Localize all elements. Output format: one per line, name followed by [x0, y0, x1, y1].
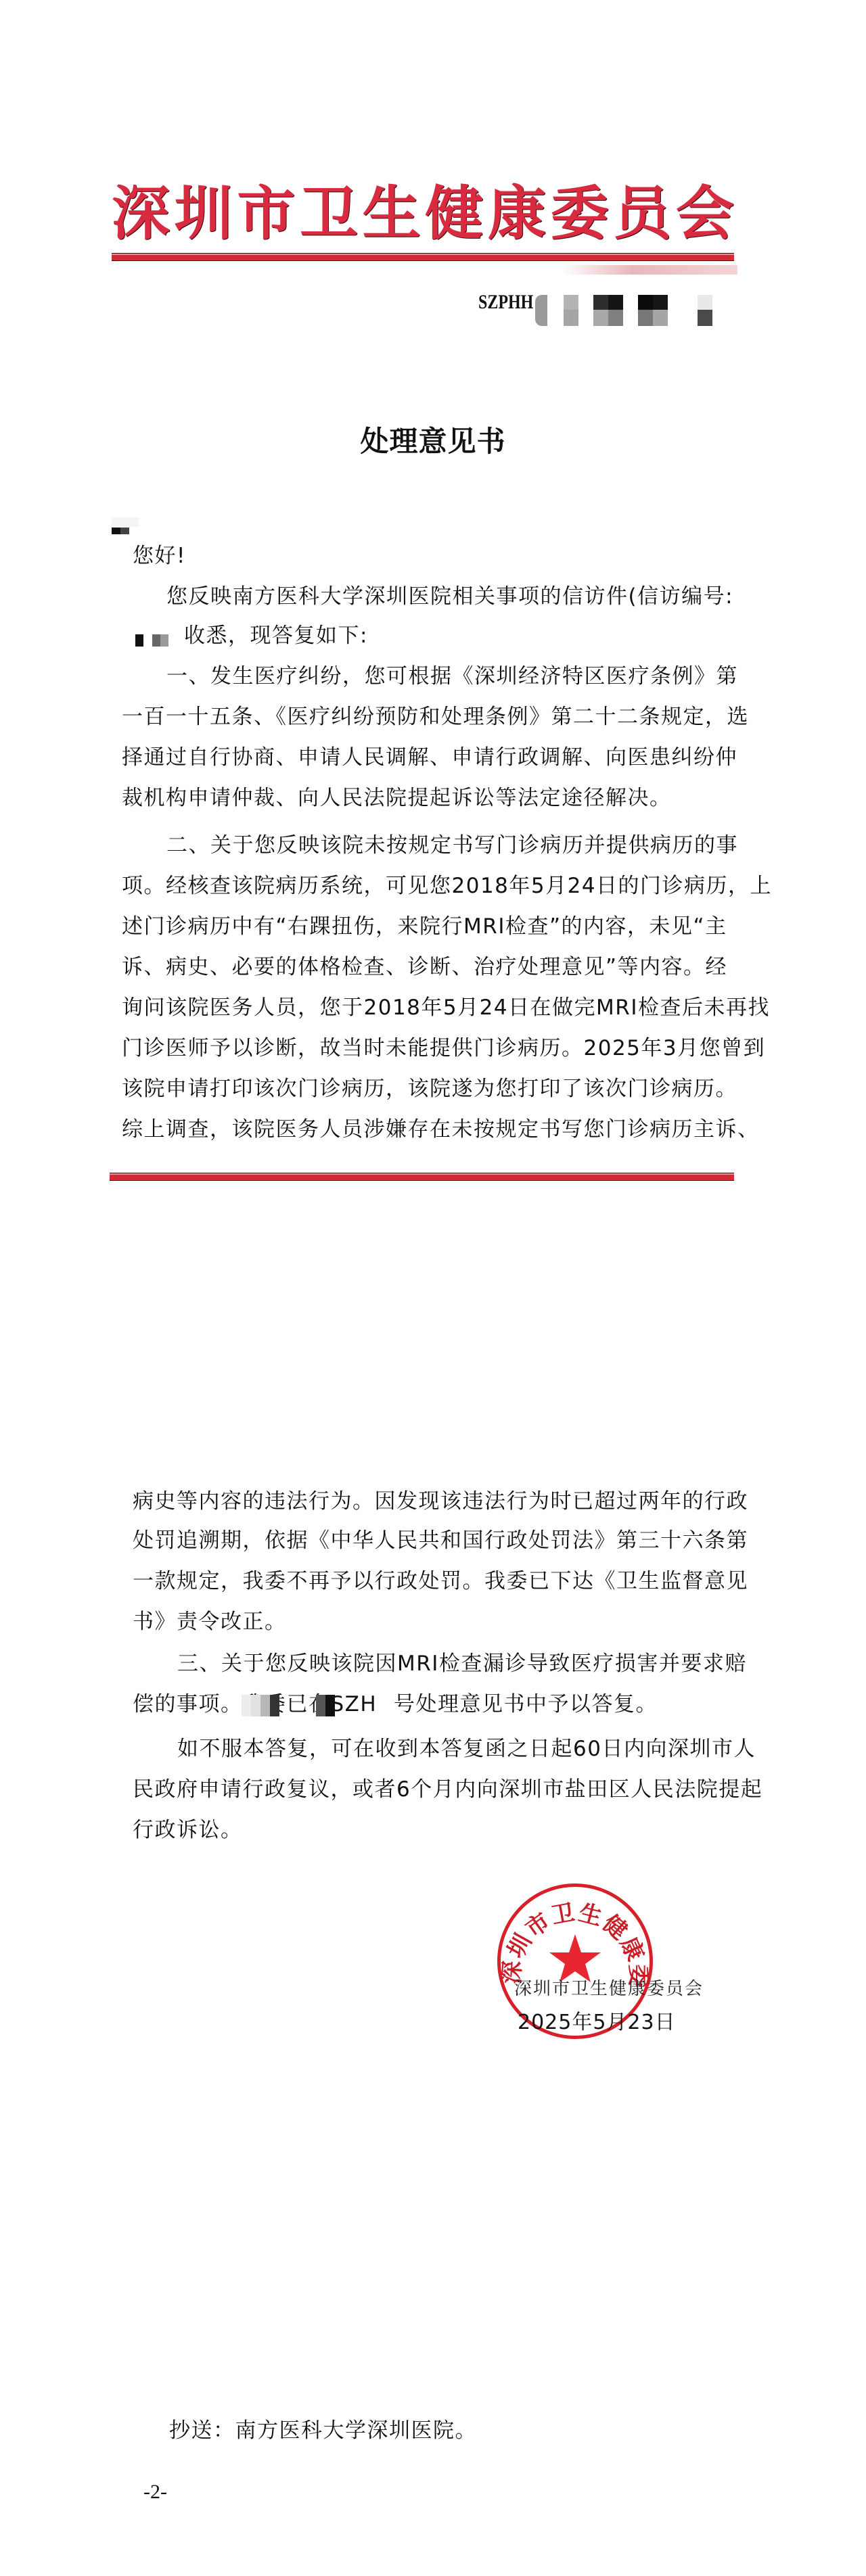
cc-recipient: 抄送：南方医科大学深圳医院。 [169, 2413, 477, 2443]
letterhead-red-rule [112, 253, 734, 261]
body-line: 民政府申请行政复议，或者6个月内向深圳市盐田区人民法院提起 [133, 1776, 755, 1803]
body-line: 处罚追溯期，依据《中华人民共和国行政处罚法》第三十六条第 [133, 1527, 755, 1554]
body-line: 诉、病史、必要的体格检查、诊断、治疗处理意见”等内容。经 [122, 954, 744, 981]
redaction-smear [562, 265, 737, 275]
body-line: 一百一十五条、《医疗纠纷预防和处理条例》第二十二条规定，选 [122, 703, 744, 730]
body-line: 二、关于您反映该院未按规定书写门诊病历并提供病历的事 [166, 832, 744, 859]
body-line-text: 一、发生医疗纠纷，您可根据《深圳经济特区医疗条例》第 [166, 663, 738, 690]
letterhead-char: 圳 [175, 166, 233, 250]
letterhead-char: 市 [237, 166, 295, 250]
reference-prefix: SZPHH [478, 291, 533, 314]
body-line: 一、发生医疗纠纷，您可根据《深圳经济特区医疗条例》第 [166, 663, 744, 690]
body-line: 综上调查，该院医务人员涉嫌存在未按规定书写您门诊病历主诉、 [122, 1116, 744, 1143]
page-number: -2- [143, 2481, 167, 2504]
body-line: 病史等内容的违法行为。因发现该违法行为时已超过两年的行政 [133, 1488, 755, 1515]
letterhead-char: 卫 [300, 166, 358, 250]
body-line: 该院申请打印该次门诊病历，该院遂为您打印了该次门诊病历。 [122, 1075, 744, 1102]
letterhead-char: 健 [425, 166, 483, 250]
letterhead-char: 委 [551, 166, 609, 250]
letterhead-char: 康 [488, 166, 546, 250]
body-line: 行政诉讼。 [133, 1817, 755, 1844]
page-bottom-red-rule [110, 1173, 734, 1181]
letterhead-char: 生 [363, 166, 421, 250]
petition-number-redacted [135, 634, 175, 647]
letterhead-char: 会 [676, 166, 734, 250]
greeting: 您好! [133, 542, 755, 569]
body-line: 号处理意见书中予以答复。 [394, 1691, 866, 1718]
reference-number-redacted [535, 295, 718, 326]
recipient-name-redacted [112, 516, 145, 531]
body-line: 如不服本答复，可在收到本答复函之日起60日内向深圳市人 [177, 1735, 800, 1762]
body-line: 收悉，现答复如下: [184, 622, 806, 649]
body-line: 您反映南方医科大学深圳医院相关事项的信访件(信访编号: [166, 583, 744, 610]
body-line: 一款规定，我委不再予以行政处罚。我委已下达《卫生监督意见 [133, 1568, 755, 1595]
prior-document-number-redacted [242, 1695, 390, 1716]
letterhead-org-name: 深 圳 市 卫 生 健 康 委 员 会 [112, 174, 734, 242]
signer-name: 深圳市卫生健康委员会 [514, 1975, 704, 2000]
body-line: 门诊医师予以诊断，故当时未能提供门诊病历。2025年3月您曾到 [122, 1035, 744, 1062]
letterhead-char: 员 [613, 166, 671, 250]
signature-date: 2025年5月23日 [518, 2005, 676, 2035]
body-line: 项。经核查该院病历系统，可见您2018年5月24日的门诊病历，上 [122, 872, 744, 899]
body-line: 述门诊病历中有“右踝扭伤，来院行MRI检查”的内容，未见“主 [122, 913, 744, 940]
body-line: 裁机构申请仲裁、向人民法院提起诉讼等法定途径解决。 [122, 784, 744, 812]
letterhead-char: 深 [112, 166, 170, 250]
document-title: 处理意见书 [0, 419, 866, 460]
body-line: 三、关于您反映该院因MRI检查漏诊导致医疗损害并要求赔 [177, 1650, 800, 1677]
body-line: 书》责令改正。 [133, 1608, 755, 1635]
body-line: 询问该院医务人员，您于2018年5月24日在做完MRI检查后未再找 [122, 994, 744, 1021]
body-line: 择通过自行协商、申请人民调解、申请行政调解、向医患纠纷仲 [122, 744, 744, 771]
